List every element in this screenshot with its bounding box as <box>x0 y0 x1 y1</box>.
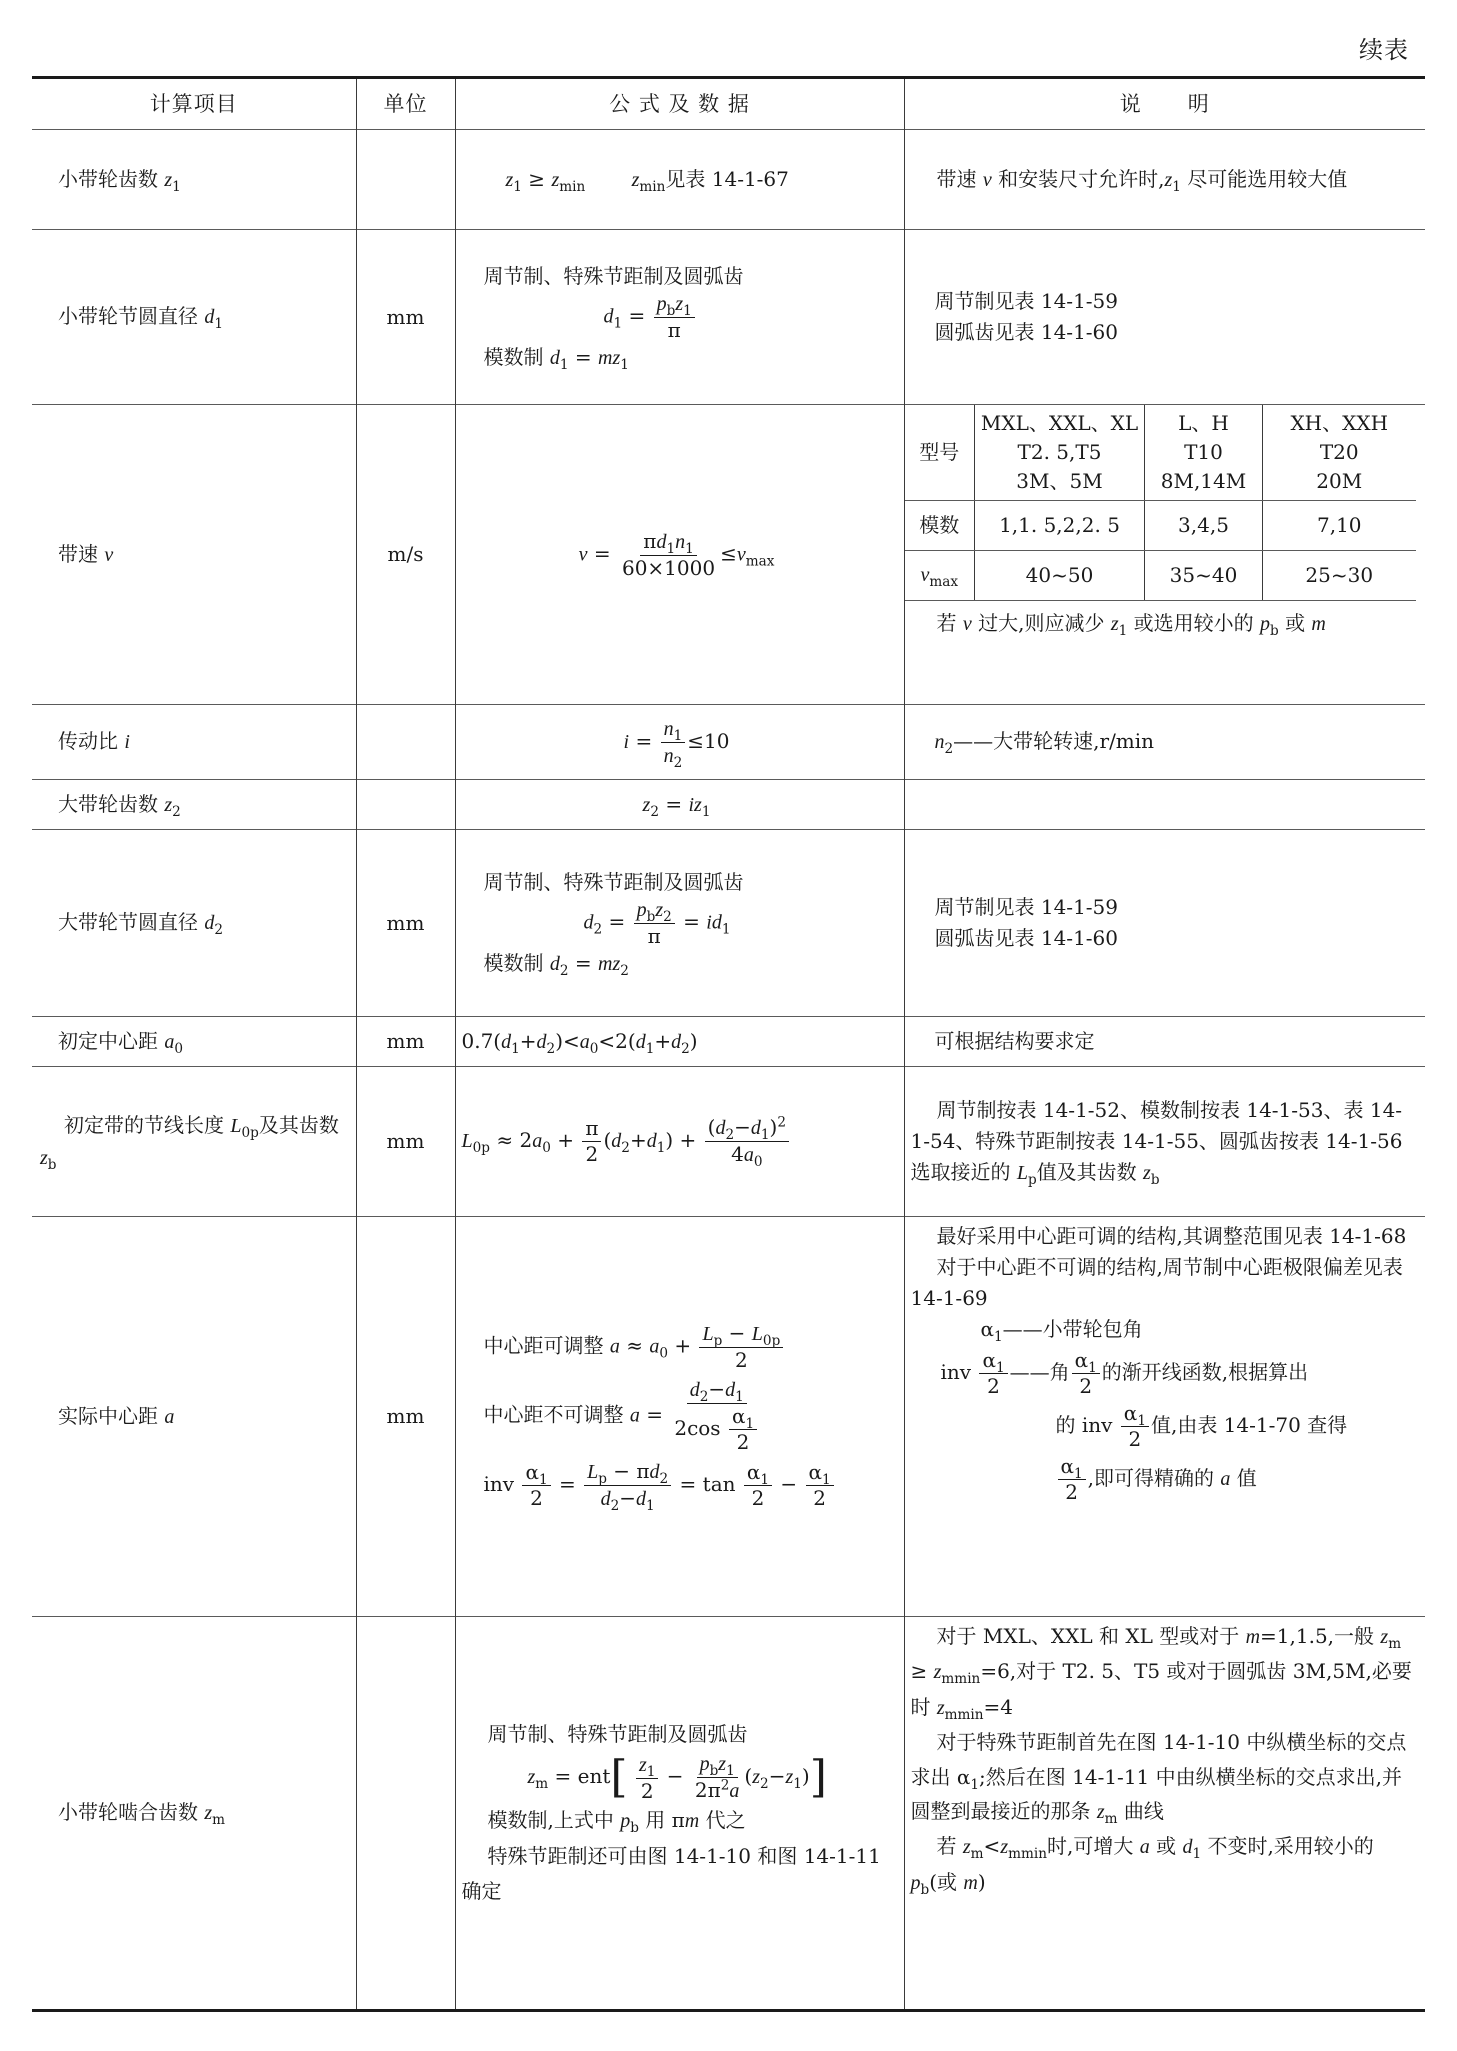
note-cell: 型号 MXL、XXL、XLT2. 5,T53M、5M L、HT108M,14M … <box>904 405 1425 705</box>
formula-cell: 周节制、特殊节距制及圆弧齿 d1 = pbz1π 模数制 d1 = mz1 <box>455 230 904 405</box>
note-cell: 周节制见表 14-1-59 圆弧齿见表 14-1-60 <box>904 230 1425 405</box>
belt-type-subtable: 型号 MXL、XXL、XLT2. 5,T53M、5M L、HT108M,14M … <box>905 405 1416 601</box>
formula-cell: i = n1n2≤10 <box>455 705 904 780</box>
formula-cell: z1 ≥ zmin zmin见表 14-1-67 <box>455 130 904 230</box>
header-item: 计算项目 <box>32 78 356 130</box>
unit-cell <box>356 705 455 780</box>
item-cell: 大带轮节圆直径 d2 <box>32 830 356 1017</box>
note-cell: 可根据结构要求定 <box>904 1017 1425 1067</box>
unit-cell <box>356 130 455 230</box>
continuation-label: 续表 <box>1359 30 1409 65</box>
table-row: 小带轮齿数 z1 z1 ≥ zmin zmin见表 14-1-67 带速 v 和… <box>32 130 1425 230</box>
item-cell: 实际中心距 a <box>32 1217 356 1617</box>
item-cell: 小带轮节圆直径 d1 <box>32 230 356 405</box>
unit-cell: mm <box>356 230 455 405</box>
unit-cell: m/s <box>356 405 455 705</box>
calculation-table: 计算项目 单位 公 式 及 数 据 说 明 小带轮齿数 z1 z1 ≥ zmin… <box>32 76 1425 2012</box>
header-formula: 公 式 及 数 据 <box>455 78 904 130</box>
note-cell: n2——大带轮转速,r/min <box>904 705 1425 780</box>
table-row: 实际中心距 a mm 中心距可调整 a ≈ a0 + Lp − L0p2 中心距… <box>32 1217 1425 1617</box>
formula-cell: 周节制、特殊节距制及圆弧齿 zm = ent[ z12 − pbz12π2a(z… <box>455 1617 904 2011</box>
item-cell: 带速 v <box>32 405 356 705</box>
note-cell: 最好采用中心距可调的结构,其调整范围见表 14-1-68 对于中心距不可调的结构… <box>904 1217 1425 1617</box>
table-row: 小带轮啮合齿数 zm 周节制、特殊节距制及圆弧齿 zm = ent[ z12 −… <box>32 1617 1425 2011</box>
item-cell: 传动比 i <box>32 705 356 780</box>
table-row: 小带轮节圆直径 d1 mm 周节制、特殊节距制及圆弧齿 d1 = pbz1π 模… <box>32 230 1425 405</box>
table-row: 初定带的节线长度 L0p及其齿数 zb mm L0p ≈ 2a0 + π2(d2… <box>32 1067 1425 1217</box>
formula-cell: 中心距可调整 a ≈ a0 + Lp − L0p2 中心距不可调整 a = d2… <box>455 1217 904 1617</box>
formula-cell: 0.7(d1+d2)<a0<2(d1+d2) <box>455 1017 904 1067</box>
item-cell: 小带轮齿数 z1 <box>32 130 356 230</box>
table-header-row: 计算项目 单位 公 式 及 数 据 说 明 <box>32 78 1425 130</box>
formula-cell: 周节制、特殊节距制及圆弧齿 d2 = pbz2π = id1 模数制 d2 = … <box>455 830 904 1017</box>
note-cell: 对于 MXL、XXL 和 XL 型或对于 m=1,1.5,一般 zm ≥ zmm… <box>904 1617 1425 2011</box>
unit-cell: mm <box>356 830 455 1017</box>
unit-cell: mm <box>356 1217 455 1617</box>
unit-cell <box>356 780 455 830</box>
table-row: 初定中心距 a0 mm 0.7(d1+d2)<a0<2(d1+d2) 可根据结构… <box>32 1017 1425 1067</box>
header-note: 说 明 <box>904 78 1425 130</box>
formula-cell: z2 = iz1 <box>455 780 904 830</box>
note-cell: 周节制按表 14-1-52、模数制按表 14-1-53、表 14-1-54、特殊… <box>904 1067 1425 1217</box>
unit-cell <box>356 1617 455 2011</box>
formula-cell: L0p ≈ 2a0 + π2(d2+d1) + (d2−d1)24a0 <box>455 1067 904 1217</box>
unit-cell: mm <box>356 1067 455 1217</box>
header-unit: 单位 <box>356 78 455 130</box>
table-row: 大带轮齿数 z2 z2 = iz1 <box>32 780 1425 830</box>
item-cell: 大带轮齿数 z2 <box>32 780 356 830</box>
table-row: 大带轮节圆直径 d2 mm 周节制、特殊节距制及圆弧齿 d2 = pbz2π =… <box>32 830 1425 1017</box>
formula-cell: v = πd1n160×1000≤vmax <box>455 405 904 705</box>
note-cell <box>904 780 1425 830</box>
item-cell: 小带轮啮合齿数 zm <box>32 1617 356 2011</box>
item-cell: 初定中心距 a0 <box>32 1017 356 1067</box>
unit-cell: mm <box>356 1017 455 1067</box>
table-row: 带速 v m/s v = πd1n160×1000≤vmax 型号 MXL、XX… <box>32 405 1425 705</box>
table-row: 传动比 i i = n1n2≤10 n2——大带轮转速,r/min <box>32 705 1425 780</box>
item-cell: 初定带的节线长度 L0p及其齿数 zb <box>32 1067 356 1217</box>
note-cell: 带速 v 和安装尺寸允许时,z1 尽可能选用较大值 <box>904 130 1425 230</box>
note-cell: 周节制见表 14-1-59 圆弧齿见表 14-1-60 <box>904 830 1425 1017</box>
